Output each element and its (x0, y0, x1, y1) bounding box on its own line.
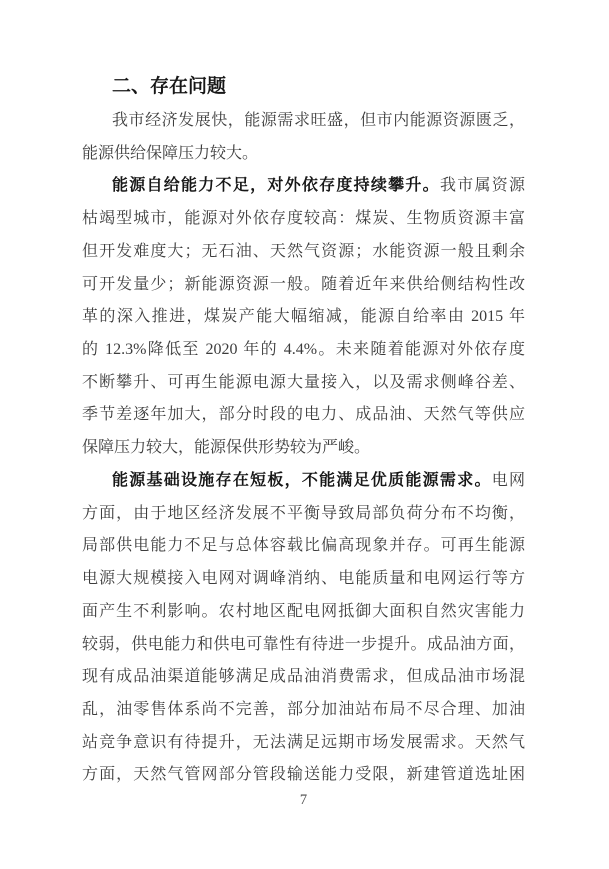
text-line: 局部供电能力不足与总体容载比偏高现象并存。可再生能源 (82, 530, 525, 563)
text-run: 面产生不利影响。农村地区配电网抵御大面积自然灾害能力 (82, 603, 525, 620)
text-run: 我市属资源 (440, 177, 525, 194)
text-line: 方面，天然气管网部分管段输送能力受限，新建管道选址困 (82, 759, 525, 792)
bold-run: 能源自给能力不足，对外依存度持续攀升。 (112, 177, 440, 194)
text-run: 可开发量少；新能源资源一般。随着近年来供给侧结构性改 (82, 276, 525, 293)
body-lines: 我市经济发展快，能源需求旺盛，但市内能源资源匮乏，能源供给保障压力较大。能源自给… (82, 105, 525, 792)
text-run: 降低至 (146, 341, 205, 358)
text-line: 保障压力较大，能源保供形势较为严峻。 (82, 432, 525, 465)
text-run: 。未来随着能源对外依存度 (317, 341, 525, 358)
text-run: 能源供给保障压力较大。 (82, 145, 258, 162)
text-run: 电网 (492, 472, 525, 489)
text-run: 年 (503, 308, 525, 325)
bold-run: 能源基础设施存在短板，不能满足优质能源需求。 (112, 472, 492, 489)
text-line: 电源大规模接入电网对调峰消纳、电能质量和电网运行等方 (82, 563, 525, 596)
text-line: 能源自给能力不足，对外依存度持续攀升。我市属资源 (82, 170, 525, 203)
text-run: 季节差逐年加大，部分时段的电力、成品油、天然气等供应 (82, 406, 525, 423)
text-line: 可开发量少；新能源资源一般。随着近年来供给侧结构性改 (82, 269, 525, 302)
text-line: 革的深入推进，煤炭产能大幅缩减，能源自给率由 2015 年 (82, 301, 525, 334)
text-line: 我市经济发展快，能源需求旺盛，但市内能源资源匮乏， (82, 105, 525, 138)
text-run: 的 (82, 341, 105, 358)
text-run: 站竞争意识有待提升，无法满足远期市场发展需求。天然气 (82, 734, 525, 751)
text-run: 较弱，供电能力和供电可靠性有待进一步提升。成品油方面， (82, 636, 525, 653)
text-run: 局部供电能力不足与总体容载比偏高现象并存。可再生能源 (82, 537, 525, 554)
page-content: 二、存在问题 我市经济发展快，能源需求旺盛，但市内能源资源匮乏，能源供给保障压力… (82, 69, 525, 792)
numeric-run: 4.4% (284, 341, 317, 358)
text-line: 现有成品油渠道能够满足成品油消费需求，但成品油市场混 (82, 661, 525, 694)
text-line: 能源基础设施存在短板，不能满足优质能源需求。电网 (82, 465, 525, 498)
text-line: 能源供给保障压力较大。 (82, 138, 525, 171)
text-run: 不断攀升、可再生能源电源大量接入，以及需求侧峰谷差、 (82, 374, 525, 391)
text-run: 我市经济发展快，能源需求旺盛，但市内能源资源匮乏， (112, 112, 525, 129)
text-run: 现有成品油渠道能够满足成品油消费需求，但成品油市场混 (82, 668, 525, 685)
text-line: 乱，油零售体系尚不完善，部分加油站布局不尽合理、加油 (82, 694, 525, 727)
text-line: 的 12.3%降低至 2020 年的 4.4%。未来随着能源对外依存度 (82, 334, 525, 367)
page-number: 7 (82, 790, 525, 810)
numeric-run: 2020 (206, 341, 238, 358)
text-line: 不断攀升、可再生能源电源大量接入，以及需求侧峰谷差、 (82, 367, 525, 400)
text-line: 枯竭型城市，能源对外依存度较高：煤炭、生物质资源丰富 (82, 203, 525, 236)
section-heading: 二、存在问题 (82, 69, 525, 105)
text-line: 但开发难度大；无石油、天然气资源；水能资源一般且剩余 (82, 236, 525, 269)
text-line: 面产生不利影响。农村地区配电网抵御大面积自然灾害能力 (82, 596, 525, 629)
text-run: 方面，由于地区经济发展不平衡导致局部负荷分布不均衡， (82, 505, 525, 522)
text-run: 枯竭型城市，能源对外依存度较高：煤炭、生物质资源丰富 (82, 210, 525, 227)
text-line: 方面，由于地区经济发展不平衡导致局部负荷分布不均衡， (82, 498, 525, 531)
text-run: 但开发难度大；无石油、天然气资源；水能资源一般且剩余 (82, 243, 525, 260)
text-line: 站竞争意识有待提升，无法满足远期市场发展需求。天然气 (82, 727, 525, 760)
numeric-run: 2015 (471, 308, 503, 325)
text-run: 革的深入推进，煤炭产能大幅缩减，能源自给率由 (82, 308, 471, 325)
text-run: 年的 (238, 341, 284, 358)
text-run: 乱，油零售体系尚不完善，部分加油站布局不尽合理、加油 (82, 701, 525, 718)
numeric-run: 12.3% (105, 341, 146, 358)
text-line: 较弱，供电能力和供电可靠性有待进一步提升。成品油方面， (82, 629, 525, 662)
text-line: 季节差逐年加大，部分时段的电力、成品油、天然气等供应 (82, 399, 525, 432)
document-page: 二、存在问题 我市经济发展快，能源需求旺盛，但市内能源资源匮乏，能源供给保障压力… (0, 0, 609, 869)
text-run: 方面，天然气管网部分管段输送能力受限，新建管道选址困 (82, 766, 525, 783)
text-run: 保障压力较大，能源保供形势较为严峻。 (82, 439, 370, 456)
text-run: 电源大规模接入电网对调峰消纳、电能质量和电网运行等方 (82, 570, 525, 587)
